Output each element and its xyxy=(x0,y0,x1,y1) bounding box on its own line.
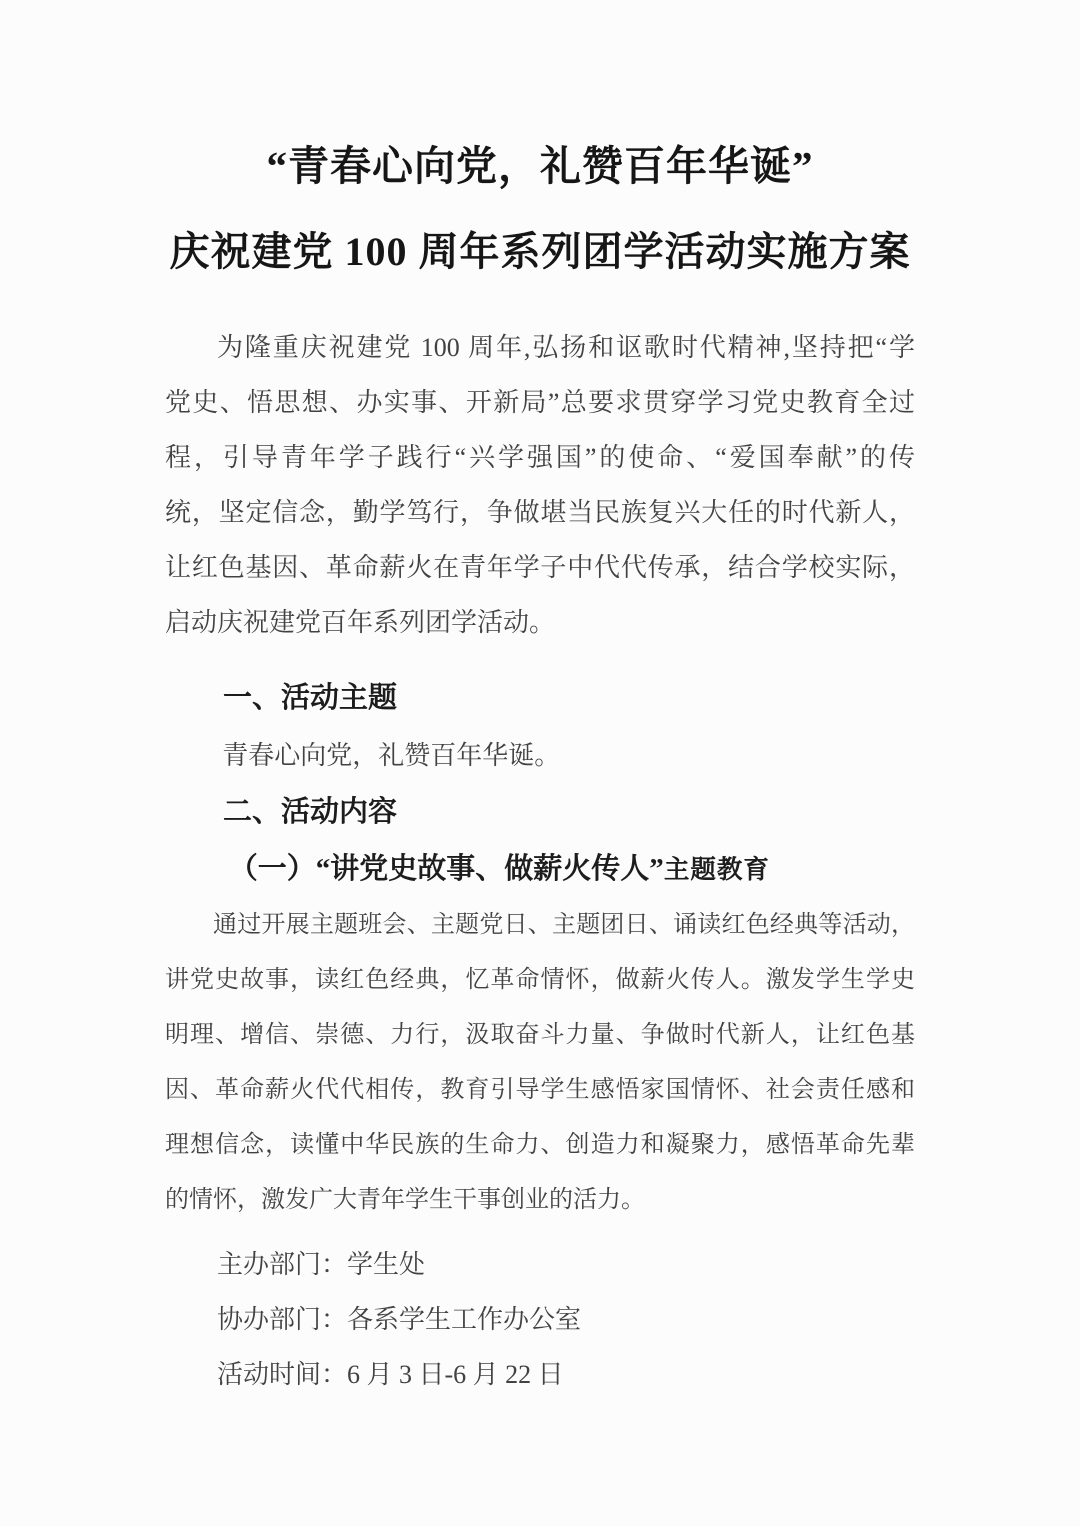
section-headings: 一、活动主题 青春心向党，礼赞百年华诞。 二、活动内容 （一）“讲党史故事、做薪… xyxy=(165,670,915,898)
paragraph-line: 统，坚定信念，勤学笃行，争做堪当民族复兴大任的时代新人， xyxy=(165,485,915,540)
paragraph-line: 程，引导青年学子践行“兴学强国”的使命、“爱国奉献”的传 xyxy=(165,430,915,485)
host-department-line: 主办部门：学生处 xyxy=(165,1237,915,1292)
section-1-heading: 一、活动主题 xyxy=(165,670,915,727)
document-title: “青春心向党，礼赞百年华诞” 庆祝建党 100 周年系列团学活动实施方案 xyxy=(165,140,915,278)
paragraph-line: 明理、增信、崇德、力行，汲取奋斗力量、争做时代新人，让红色基 xyxy=(165,1008,915,1063)
document-page: “青春心向党，礼赞百年华诞” 庆祝建党 100 周年系列团学活动实施方案 为隆重… xyxy=(0,0,1080,1526)
section-2-heading: 二、活动内容 xyxy=(165,784,915,841)
intro-paragraph: 为隆重庆祝建党 100 周年,弘扬和讴歌时代精神,坚持把“学 党史、悟思想、办实… xyxy=(165,320,915,650)
subsection-1-heading: （一）“讲党史故事、做薪火传人”主题教育 xyxy=(165,841,915,898)
theme-text: 青春心向党，礼赞百年华诞。 xyxy=(165,727,915,784)
subsection-1-heading-tail: 主题教育 xyxy=(664,855,770,884)
subsection-1-paragraph: 通过开展主题班会、主题党日、主题团日、诵读红色经典等活动， 讲党史故事，读红色经… xyxy=(165,898,915,1228)
paragraph-line: 为隆重庆祝建党 100 周年,弘扬和讴歌时代精神,坚持把“学 xyxy=(165,320,915,375)
paragraph-line: 的情怀，激发广大青年学生干事创业的活力。 xyxy=(165,1173,915,1228)
paragraph-line: 启动庆祝建党百年系列团学活动。 xyxy=(165,595,915,650)
paragraph-line: 因、革命薪火代代相传，教育引导学生感悟家国情怀、社会责任感和 xyxy=(165,1063,915,1118)
paragraph-line: 让红色基因、革命薪火在青年学子中代代传承，结合学校实际， xyxy=(165,540,915,595)
paragraph-line: 党史、悟思想、办实事、开新局”总要求贯穿学习党史教育全过 xyxy=(165,375,915,430)
subsection-1-heading-main: （一）“讲党史故事、做薪火传人” xyxy=(229,853,664,885)
title-line-2: 庆祝建党 100 周年系列团学活动实施方案 xyxy=(165,226,915,278)
title-line-1: “青春心向党，礼赞百年华诞” xyxy=(165,140,915,192)
document-content: “青春心向党，礼赞百年华诞” 庆祝建党 100 周年系列团学活动实施方案 为隆重… xyxy=(165,0,915,1402)
co-department-line: 协办部门：各系学生工作办公室 xyxy=(165,1292,915,1347)
activity-meta: 主办部门：学生处 协办部门：各系学生工作办公室 活动时间：6 月 3 日-6 月… xyxy=(165,1237,915,1402)
paragraph-line: 理想信念，读懂中华民族的生命力、创造力和凝聚力，感悟革命先辈 xyxy=(165,1118,915,1173)
paragraph-line: 通过开展主题班会、主题党日、主题团日、诵读红色经典等活动， xyxy=(165,898,915,953)
paragraph-line: 讲党史故事，读红色经典，忆革命情怀，做薪火传人。激发学生学史 xyxy=(165,953,915,1008)
activity-time-line: 活动时间：6 月 3 日-6 月 22 日 xyxy=(165,1347,915,1402)
